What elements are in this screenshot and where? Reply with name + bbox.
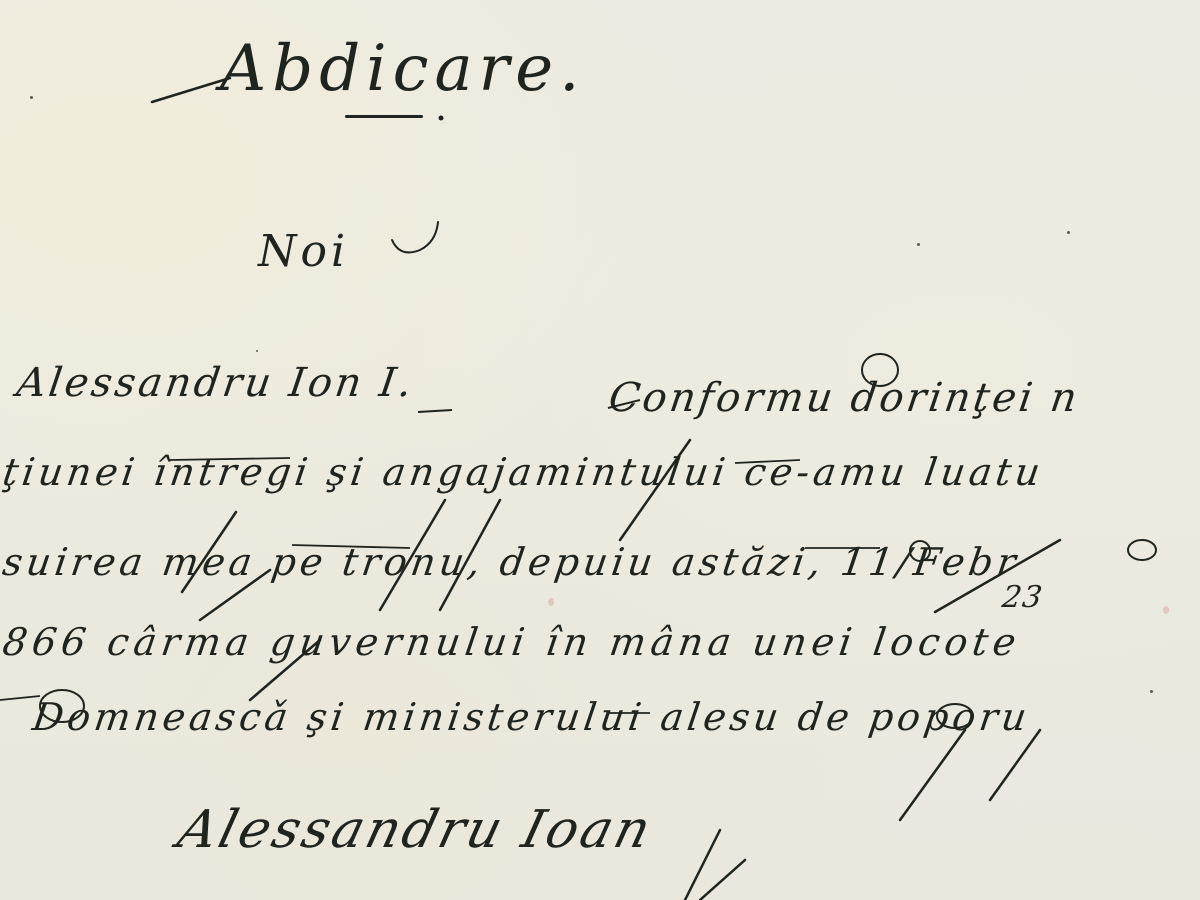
paper-speck [1067,231,1070,234]
title-underline [345,115,423,118]
body-line-3: suirea mea pe tronu, depuiu astăzi, 11/F… [0,540,1022,584]
body-line-1-continuation: Conformu dorinţei n [606,375,1083,421]
paper-speck [917,243,920,246]
paper-stain [548,598,554,606]
body-line-4: 866 cârma guvernului în mâna unei locote [0,620,1024,664]
body-line-1: Alessandru Ion I. [14,360,418,406]
body-line-2: ţiunei întregi şi angajamintului ce-amu … [0,450,1047,494]
paper-speck [30,96,33,99]
signature: Alessandru Ioan [172,800,659,860]
body-line-5: Domneascǎ şi ministerului alesu de popor… [30,695,1033,739]
paper-speck [256,350,258,352]
salutation: Noi [258,226,349,277]
document-title: Abdicare. [220,32,585,106]
paper-speck [1150,690,1153,693]
paper-stain [1163,606,1169,614]
date-denominator: 23 [1000,580,1045,615]
